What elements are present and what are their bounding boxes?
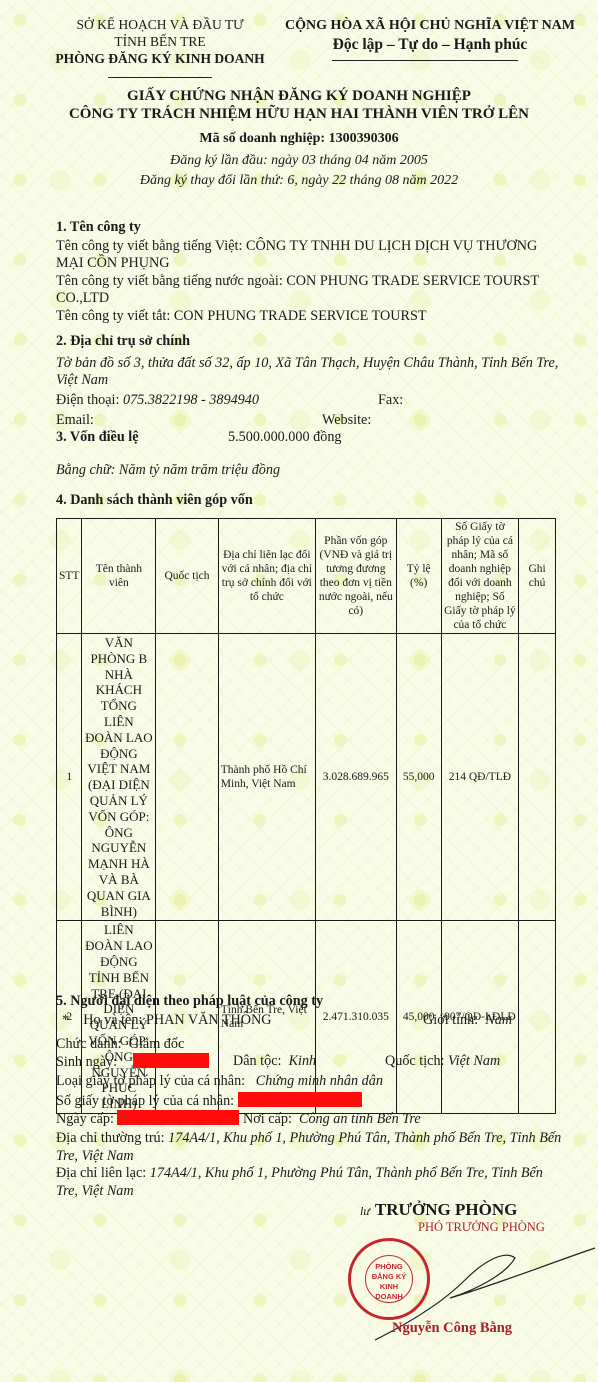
- col-capital: Phần vốn góp (VNĐ và giá trị tương đương…: [315, 519, 396, 634]
- gender-value: Nam: [485, 1012, 512, 1028]
- phone-value: 075.3822198 - 3894940: [123, 392, 259, 408]
- id-number-label: Số giấy tờ pháp lý của cá nhân:: [56, 1093, 234, 1109]
- section1-heading: 1. Tên công ty: [56, 219, 566, 237]
- dob-label: Sinh ngày:: [56, 1054, 117, 1070]
- col-ratio: Tỷ lệ (%): [396, 519, 441, 634]
- section-head-office: 2. Địa chỉ trụ sở chính Tờ bản đồ số 3, …: [56, 333, 566, 390]
- position-line: Chức danh: Giám đốc: [56, 1036, 566, 1054]
- short-name-value: CON PHUNG TRADE SERVICE TOURST: [174, 308, 427, 324]
- company-type-title: CÔNG TY TRÁCH NHIỆM HỮU HẠN HAI THÀNH VI…: [0, 104, 598, 124]
- issue-date-label: Ngày cấp:: [56, 1111, 114, 1127]
- dob-redaction: [133, 1053, 209, 1068]
- signatory-title: lưTRƯỞNG PHÒNG: [360, 1200, 517, 1220]
- section-company-name: 1. Tên công ty Tên công ty viết bằng tiế…: [56, 219, 566, 325]
- charter-capital-words: Bằng chữ: Năm tỷ năm trăm triệu đồng: [56, 462, 566, 480]
- section4-heading: 4. Danh sách thành viên góp vốn: [56, 492, 566, 510]
- issue-date-redaction: [117, 1110, 239, 1125]
- cell-capital: 3.028.689.965: [315, 634, 396, 921]
- cell-member-name: VĂN PHÒNG B NHÀ KHÁCH TỔNG LIÊN ĐOÀN LAO…: [82, 634, 156, 921]
- head-office-address: Tờ bản đồ số 3, thửa đất số 32, ấp 10, X…: [56, 355, 566, 390]
- col-legal-doc: Số Giấy tờ pháp lý của cá nhân; Mã số do…: [441, 519, 519, 634]
- id-type-line: Loại giấy tờ pháp lý của cá nhân: Chứng …: [56, 1073, 566, 1091]
- ethnicity-value: Kinh: [289, 1053, 317, 1069]
- short-name-label: Tên công ty viết tắt:: [56, 308, 170, 324]
- permanent-address-label: Địa chỉ thường trú:: [56, 1130, 165, 1146]
- cell-ratio: 55,000: [396, 634, 441, 921]
- issue-place-label: Nơi cấp:: [243, 1111, 292, 1127]
- permanent-address-line: Địa chỉ thường trú: 174A4/1, Khu phố 1, …: [56, 1130, 566, 1165]
- website-label: Website:: [322, 412, 371, 428]
- issuer-department: SỞ KẾ HOẠCH VÀ ĐẦU TƯ: [50, 16, 270, 33]
- col-nationality: Quốc tịch: [156, 519, 219, 634]
- national-header: CỘNG HÒA XÃ HỘI CHỦ NGHĨA VIỆT NAM Độc l…: [280, 16, 580, 54]
- foreign-name-label: Tên công ty viết bằng tiếng nước ngoài:: [56, 273, 283, 289]
- bullet-star-icon: *: [62, 1012, 80, 1028]
- nationality-label: Quốc tịch:: [385, 1053, 445, 1069]
- contact-address-label: Địa chỉ liên lạc:: [56, 1165, 146, 1181]
- national-name: CỘNG HÒA XÃ HỘI CHỦ NGHĨA VIỆT NAM: [280, 16, 580, 35]
- national-motto: Độc lập – Tự do – Hạnh phúc: [280, 35, 580, 54]
- enterprise-code-value: 1300390306: [329, 131, 399, 146]
- table-row: 1 VĂN PHÒNG B NHÀ KHÁCH TỔNG LIÊN ĐOÀN L…: [57, 634, 556, 921]
- ethnicity-label: Dân tộc:: [233, 1053, 281, 1069]
- gender-line: Giới tính: Nam: [423, 1012, 563, 1030]
- issuer-office: PHÒNG ĐĂNG KÝ KINH DOANH: [50, 50, 270, 67]
- issuer-province: TỈNH BẾN TRE: [50, 33, 270, 50]
- cell-stt: 1: [57, 634, 82, 921]
- col-stt: STT: [57, 519, 82, 634]
- nationality-value: Việt Nam: [448, 1053, 500, 1069]
- email-label: Email:: [56, 412, 94, 428]
- header-left-underline: [108, 77, 212, 78]
- signatory-prefix: lư: [360, 1204, 370, 1218]
- vn-name-line: Tên công ty viết bằng tiếng Việt: CÔNG T…: [56, 238, 566, 273]
- phone-label: Điện thoại:: [56, 392, 119, 408]
- col-address: Địa chỉ liên lạc đối với cá nhân; địa ch…: [218, 519, 315, 634]
- col-note: Ghi chú: [519, 519, 556, 634]
- issue-line: Ngày cấp: Nơi cấp: Công an tỉnh Bến Tre: [56, 1110, 566, 1129]
- fax-label: Fax:: [378, 392, 403, 408]
- position-label: Chức danh:: [56, 1036, 122, 1052]
- issuer-header: SỞ KẾ HOẠCH VÀ ĐẦU TƯ TỈNH BẾN TRE PHÒNG…: [50, 16, 270, 67]
- id-type-label: Loại giấy tờ pháp lý của cá nhân:: [56, 1073, 245, 1089]
- fax-line: Fax:: [378, 392, 478, 410]
- rep-name-label: Họ và tên:: [83, 1012, 142, 1028]
- table-header-row: STT Tên thành viên Quốc tịch Địa chỉ liê…: [57, 519, 556, 634]
- signatory-subtitle: PHÓ TRƯỞNG PHÒNG: [418, 1220, 545, 1235]
- enterprise-code: Mã số doanh nghiệp: 1300390306: [0, 130, 598, 148]
- short-name-line: Tên công ty viết tắt: CON PHUNG TRADE SE…: [56, 308, 566, 326]
- gender-label: Giới tính:: [423, 1012, 478, 1028]
- col-member-name: Tên thành viên: [82, 519, 156, 634]
- cell-nationality: [156, 634, 219, 921]
- section5-heading: 5. Người đại diện theo pháp luật của côn…: [56, 993, 566, 1011]
- signer-name: Nguyễn Công Bằng: [392, 1320, 512, 1337]
- cell-legal-doc: 214 QĐ/TLĐ: [441, 634, 519, 921]
- certificate-title: GIẤY CHỨNG NHẬN ĐĂNG KÝ DOANH NGHIỆP: [0, 86, 598, 106]
- id-number-line: Số giấy tờ pháp lý của cá nhân:: [56, 1092, 566, 1111]
- signatory-title-text: TRƯỞNG PHÒNG: [375, 1200, 517, 1219]
- id-type-value: Chứng minh nhân dân: [256, 1073, 383, 1089]
- foreign-name-line: Tên công ty viết bằng tiếng nước ngoài: …: [56, 273, 566, 308]
- cell-address: Thành phố Hồ Chí Minh, Việt Nam: [218, 634, 315, 921]
- position-value: Giám đốc: [129, 1036, 185, 1052]
- phone-line: Điện thoại: 075.3822198 - 3894940: [56, 392, 566, 410]
- rep-name-value: PHAN VĂN THÔNG: [146, 1012, 272, 1028]
- contact-address-line: Địa chỉ liên lạc: 174A4/1, Khu phố 1, Ph…: [56, 1165, 566, 1200]
- charter-capital-amount: 5.500.000.000 đồng: [228, 429, 428, 447]
- change-registration: Đăng ký thay đổi lần thứ: 6, ngày 22 thá…: [0, 172, 598, 190]
- issue-place-value: Công an tỉnh Bến Tre: [299, 1111, 421, 1127]
- vn-name-label: Tên công ty viết bằng tiếng Việt:: [56, 238, 242, 254]
- ethnicity-line: Dân tộc: Kinh: [233, 1053, 373, 1071]
- section2-heading: 2. Địa chỉ trụ sở chính: [56, 333, 566, 351]
- id-number-redaction: [238, 1092, 362, 1107]
- first-registration: Đăng ký lần đầu: ngày 03 tháng 04 năm 20…: [0, 152, 598, 170]
- email-line: Email:: [56, 412, 566, 430]
- cell-note: [519, 634, 556, 921]
- header-right-underline: [332, 60, 518, 61]
- website-line: Website:: [322, 412, 442, 430]
- enterprise-code-label: Mã số doanh nghiệp:: [199, 131, 325, 146]
- nationality-line: Quốc tịch: Việt Nam: [385, 1053, 585, 1071]
